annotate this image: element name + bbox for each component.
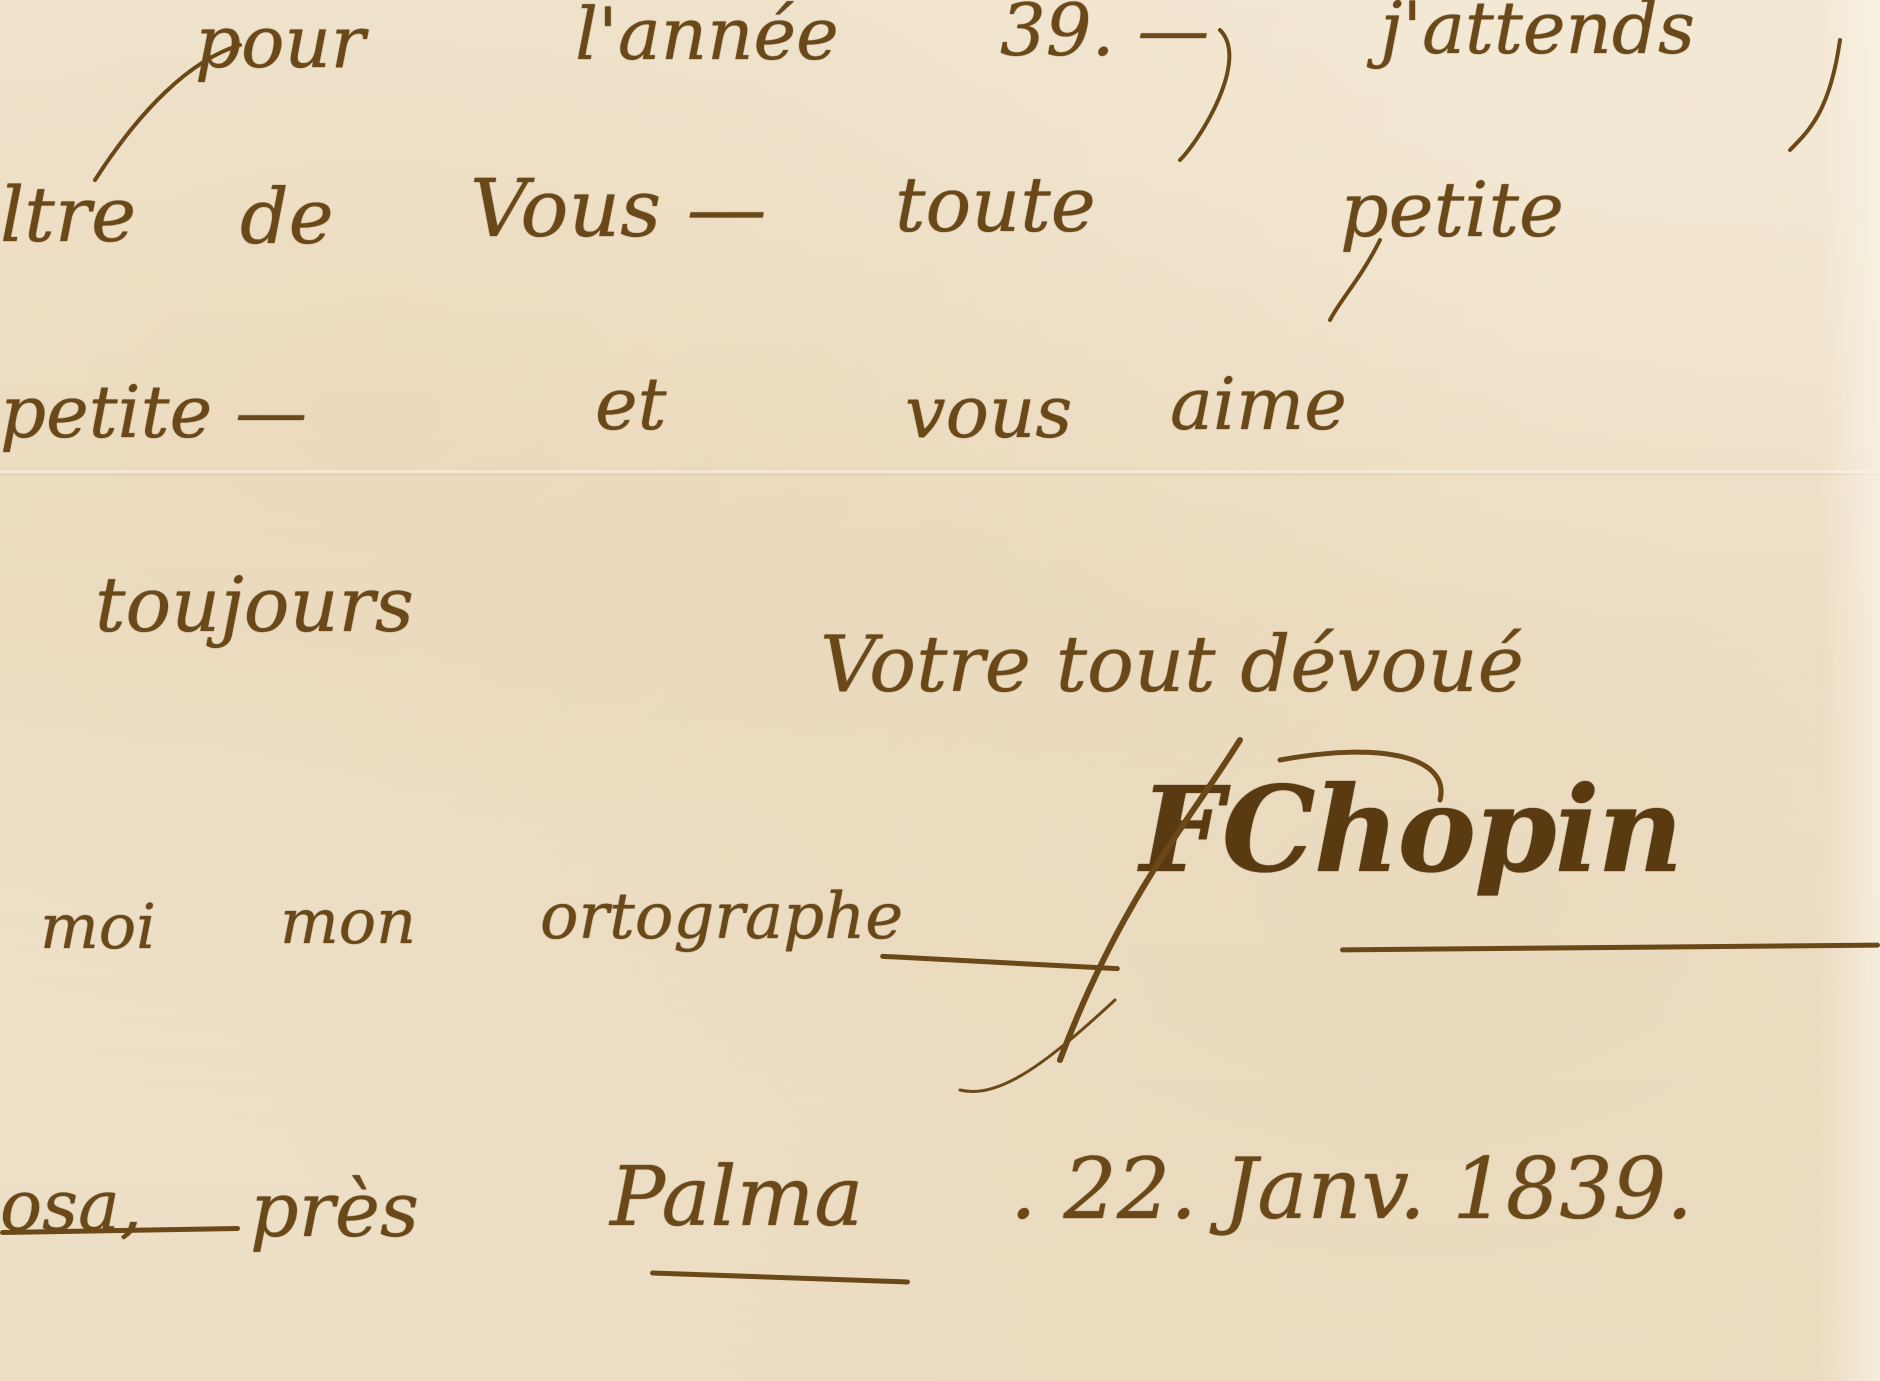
s-descender-stroke [1790, 40, 1840, 150]
signature-lower-stroke [960, 1000, 1115, 1092]
handwriting-flourishes [0, 0, 1880, 1381]
signature-F-stem [1060, 740, 1240, 1060]
signature-C-top [1280, 752, 1441, 800]
petite-descender [1330, 240, 1380, 320]
p-descender-loop [95, 45, 240, 180]
j-descender-loop [1180, 30, 1229, 160]
